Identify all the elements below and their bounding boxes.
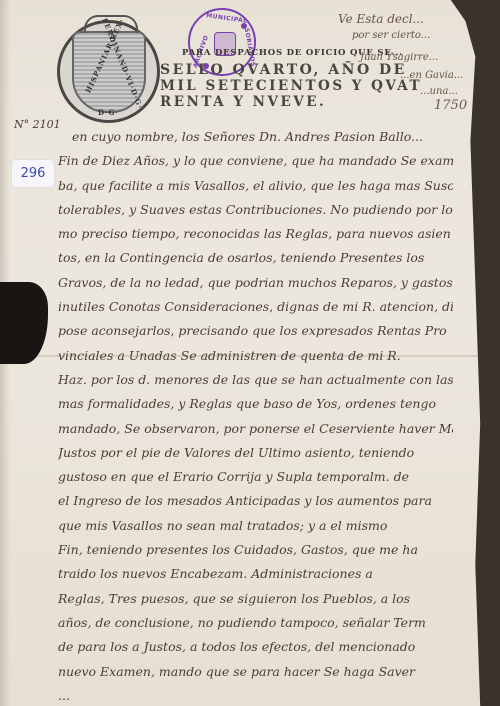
year-annotation: 1750 [434, 98, 467, 113]
manuscript-line: el Ingreso de los mesados Anticipadas y … [58, 489, 453, 513]
folio-mark: N° 2101 [14, 118, 61, 131]
manuscript-line: Fin, teniendo presentes los Cuidados, Ga… [58, 538, 453, 562]
margin-note: ...en Gavia... [400, 70, 463, 81]
royal-seal-stamp: HISPANIAR·REX· FERDINAND·VI·D·G· D·G· [57, 20, 160, 123]
manuscript-line: mo preciso tiempo, reconocidas las Regla… [58, 222, 453, 246]
manuscript-line: Haz. por los d. menores de las que se ha… [58, 368, 453, 392]
manuscript-line: Justos por el pie de Valores del Ultimo … [58, 441, 453, 465]
stamp-dot [241, 23, 247, 29]
printed-header-line-2: MIL SETECIENTOS Y QVAT [160, 78, 422, 94]
printed-header-line-3: RENTA Y NVEVE. [160, 94, 326, 110]
manuscript-line: ba, que facilite a mis Vasallos, el aliv… [58, 174, 453, 198]
manuscript-line: Fin de Diez Años, y lo que conviene, que… [58, 149, 453, 173]
margin-note: Ve Esta decl... [338, 12, 424, 26]
seal-bottom-text: D·G· [98, 108, 119, 117]
manuscript-line: mas formalidades, y Reglas que baso de Y… [58, 392, 453, 416]
manuscript-page: HISPANIAR·REX· FERDINAND·VI·D·G· D·G· MU… [0, 0, 490, 706]
torn-paper-hole [0, 282, 48, 364]
manuscript-line: Gravos, de la no ledad, que podrian much… [58, 271, 453, 295]
manuscript-line: pose aconsejarlos, precisando que los ex… [58, 319, 453, 343]
manuscript-line: años, de conclusione, no pudiendo tampoc… [58, 611, 453, 635]
manuscript-line: tos, en la Contingencia de osarlos, teni… [58, 246, 453, 270]
manuscript-line: tolerables, y Suaves estas Contribucione… [58, 198, 453, 222]
printed-header-line-1: SELLO QVARTO, AÑO DE [160, 62, 407, 78]
manuscript-body: en cuyo nombre, los Señores Dn. Andres P… [58, 125, 453, 706]
manuscript-line: traido los nuevos Encabezam. Administrac… [58, 562, 453, 586]
manuscript-line: de para los a Justos, a todos los efecto… [58, 635, 453, 659]
manuscript-line: nuevo Examen, mando que se para hacer Se… [58, 660, 453, 684]
manuscript-line: ... [58, 684, 453, 706]
margin-note: Juan Ysagirre... [360, 52, 438, 63]
manuscript-line: que mis Vasallos no sean mal tratados; y… [58, 514, 453, 538]
margin-note: ...una... [420, 86, 458, 97]
archive-number: 296 [21, 166, 46, 181]
manuscript-line: mandado, Se observaron, por ponerse el C… [58, 417, 453, 441]
manuscript-line: Reglas, Tres puesos, que se siguieron lo… [58, 587, 453, 611]
manuscript-line: gustoso en que el Erario Corrija y Supla… [58, 465, 453, 489]
manuscript-line: vinciales a Unadas Se administren de que… [58, 344, 453, 368]
manuscript-line: inutiles Conotas Consideraciones, dignas… [58, 295, 453, 319]
archive-number-sticker: 296 [12, 160, 54, 187]
manuscript-line: en cuyo nombre, los Señores Dn. Andres P… [58, 125, 453, 149]
margin-note: por ser cierto... [352, 30, 430, 41]
